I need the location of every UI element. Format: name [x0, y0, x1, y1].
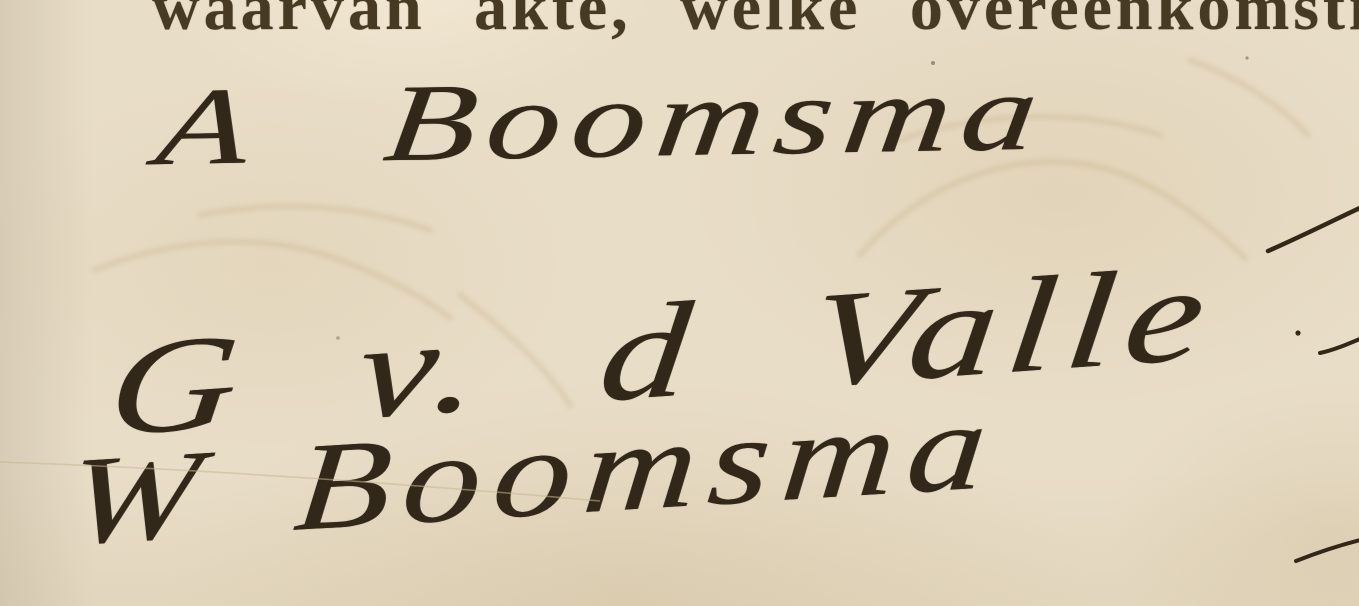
bleed-through-stroke [200, 207, 430, 230]
ink-dot [1295, 330, 1300, 335]
edge-stroke-fragment-bottom [1296, 539, 1359, 561]
paper-speck [1245, 56, 1248, 59]
printed-deed-text: waarvan akte, welke overeenkomstig [152, 0, 1359, 41]
document-scan: waarvan akte, welke overeenkomstig A Boo… [0, 0, 1359, 606]
edge-stroke-fragment-mid [1320, 338, 1359, 353]
flourish-stroke-valle [1268, 206, 1359, 251]
bleed-through-stroke [1190, 60, 1308, 135]
signature-a-boomsma: A Boomsma [151, 56, 1054, 182]
